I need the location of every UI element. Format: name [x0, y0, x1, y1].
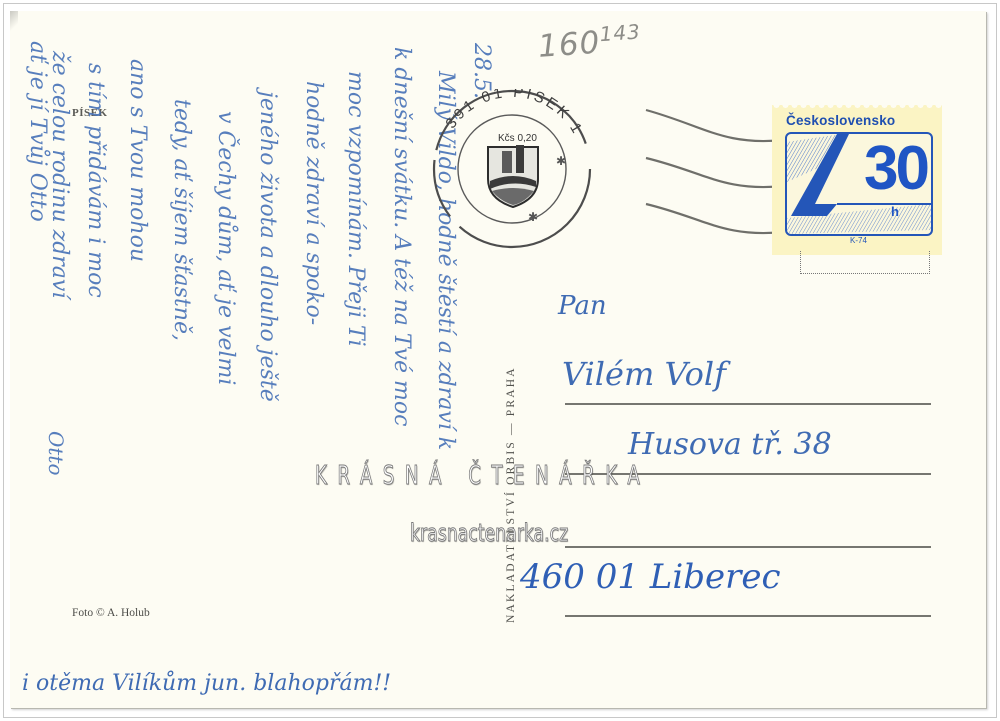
message-column: ať je jí Tvůj Otto — [25, 41, 50, 222]
address-city: 460 01 Liberec — [520, 557, 781, 597]
stamp-unit: h — [891, 204, 899, 219]
message-signature: Otto — [44, 431, 68, 476]
svg-text:✱: ✱ — [556, 154, 566, 168]
message-column: že celou rodinu zdraví — [47, 51, 72, 298]
postmark-town: 391 01 PÍSEK 1 — [442, 89, 586, 139]
watermark-url: krasnactenarka.cz — [410, 519, 568, 547]
address-street: Husova tř. 38 — [628, 427, 832, 462]
message-column: ano s Tvou mohou — [125, 59, 150, 262]
stamp-value: 30 — [864, 138, 927, 200]
message-column: jeného života a dlouho ještě — [255, 91, 280, 402]
stamp-code: K-74 — [850, 236, 867, 245]
stamp-placeholder-box — [800, 251, 930, 274]
catalog-number-sup: 143 — [599, 19, 642, 46]
stamp-frame: 30 h — [785, 132, 933, 236]
address-line-1 — [565, 403, 931, 405]
address-line-3 — [565, 546, 931, 548]
catalog-number-main: 160 — [537, 25, 602, 65]
message-column: k dnešní svátku. A též na Tvé moc — [389, 47, 414, 426]
address-salutation: Pan — [558, 291, 607, 321]
message-column: tedy, ať šíjem šťastně, — [169, 99, 194, 341]
message-column: moc vzpomínám. Přeji Ti — [343, 71, 368, 347]
stamp-country: Československo — [786, 113, 895, 128]
message-column: hodně zdraví a spoko- — [301, 81, 326, 325]
postmark: 391 01 PÍSEK 1 Kčs 0,20 ✱ ✱ — [428, 89, 596, 249]
address-line-4 — [565, 615, 931, 617]
photo-credit: Foto © A. Holub — [72, 607, 150, 619]
watermark-title: KRÁSNÁ ČTENÁŘKA — [315, 461, 650, 491]
postage-stamp-design: Československo 30 h K-74 — [778, 111, 936, 249]
catalog-number: 160143 — [537, 19, 643, 64]
message-closing-line: i otěma Vilíkům jun. blahopřám!! — [22, 671, 391, 696]
message-column: s tím přidávám i moc — [83, 63, 108, 298]
postmark-fee: Kčs 0,20 — [498, 133, 537, 144]
svg-text:✱: ✱ — [528, 210, 538, 224]
message-column: v Čechy dům, ať je velmi — [213, 111, 238, 385]
postcard: PÍSEK Foto © A. Holub NAKLADATELSTVÍ ORB… — [10, 11, 986, 708]
publisher-imprint: NAKLADATELSTVÍ ORBIS — PRAHA — [505, 366, 517, 623]
address-name: Vilém Volf — [562, 355, 726, 393]
svg-text:391 01 PÍSEK 1: 391 01 PÍSEK 1 — [442, 89, 586, 139]
